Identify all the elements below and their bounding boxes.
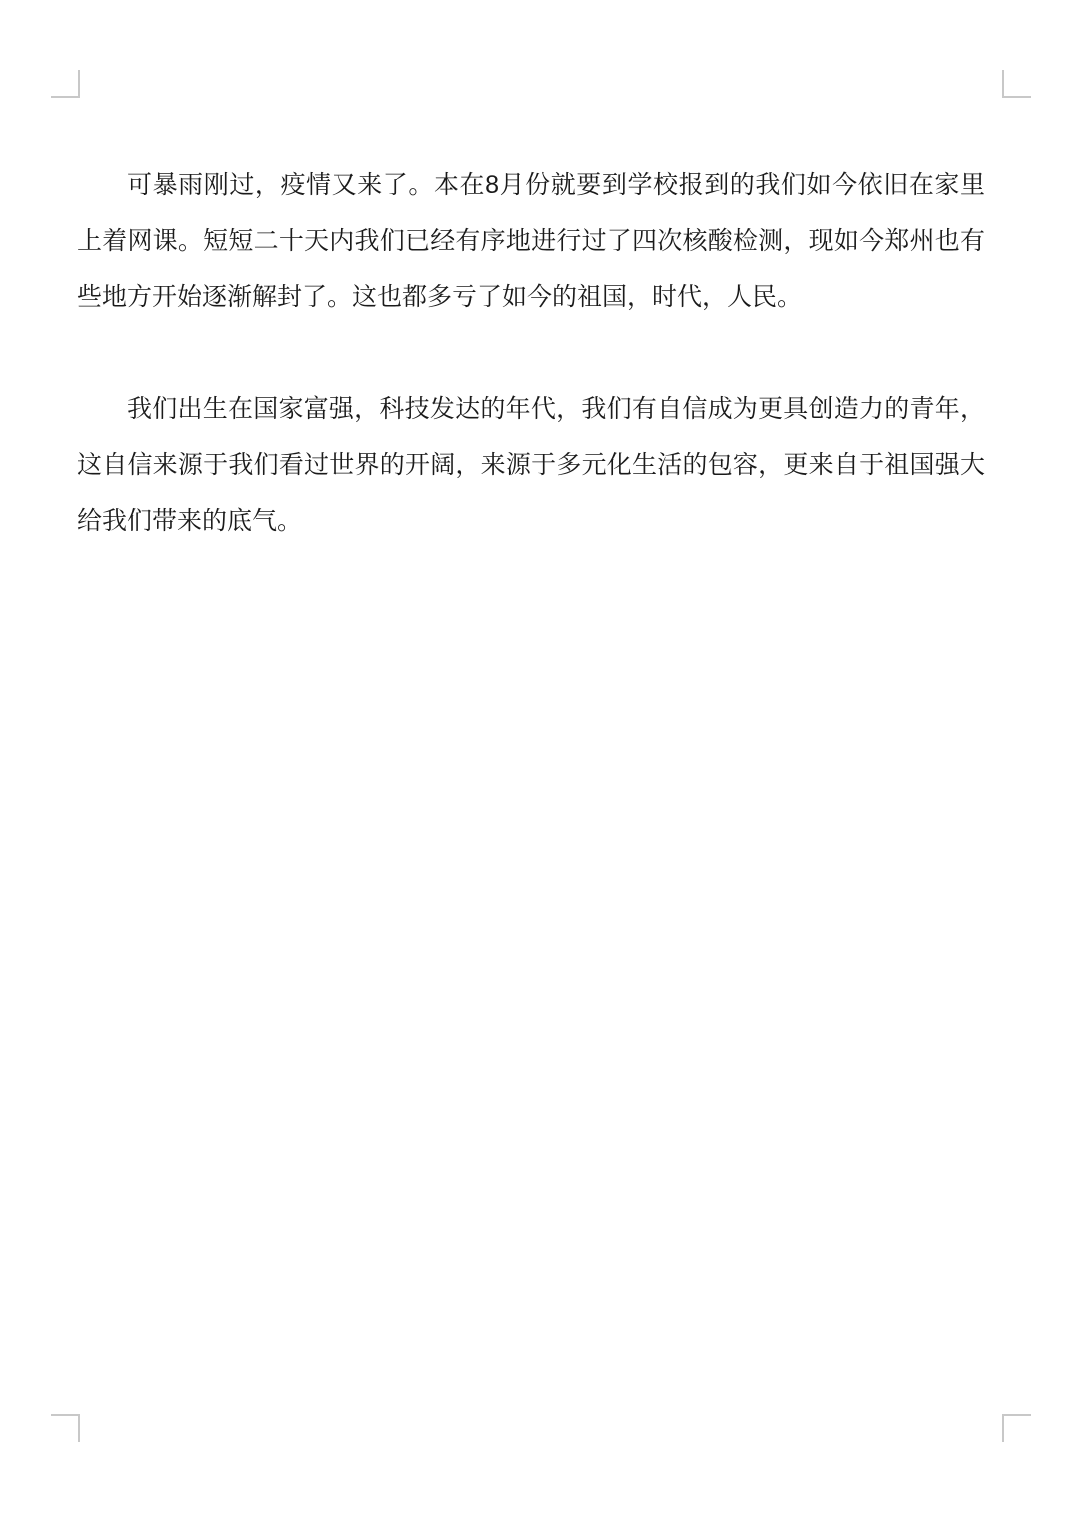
paragraph-1[interactable]: 可暴雨刚过，疫情又来了。本在8月份就要到学校报到的我们如今依旧在家里上着网课。短… [77,157,985,325]
margin-mark-top-right [1002,70,1031,98]
margin-mark-bottom-left [51,1414,80,1442]
document-body: 可暴雨刚过，疫情又来了。本在8月份就要到学校报到的我们如今依旧在家里上着网课。短… [77,157,985,549]
document-page: 可暴雨刚过，疫情又来了。本在8月份就要到学校报到的我们如今依旧在家里上着网课。短… [0,0,1080,1520]
paragraph-2[interactable]: 我们出生在国家富强，科技发达的年代，我们有自信成为更具创造力的青年，这自信来源于… [77,381,985,549]
margin-mark-top-left [51,70,80,98]
margin-mark-bottom-right [1002,1414,1031,1442]
